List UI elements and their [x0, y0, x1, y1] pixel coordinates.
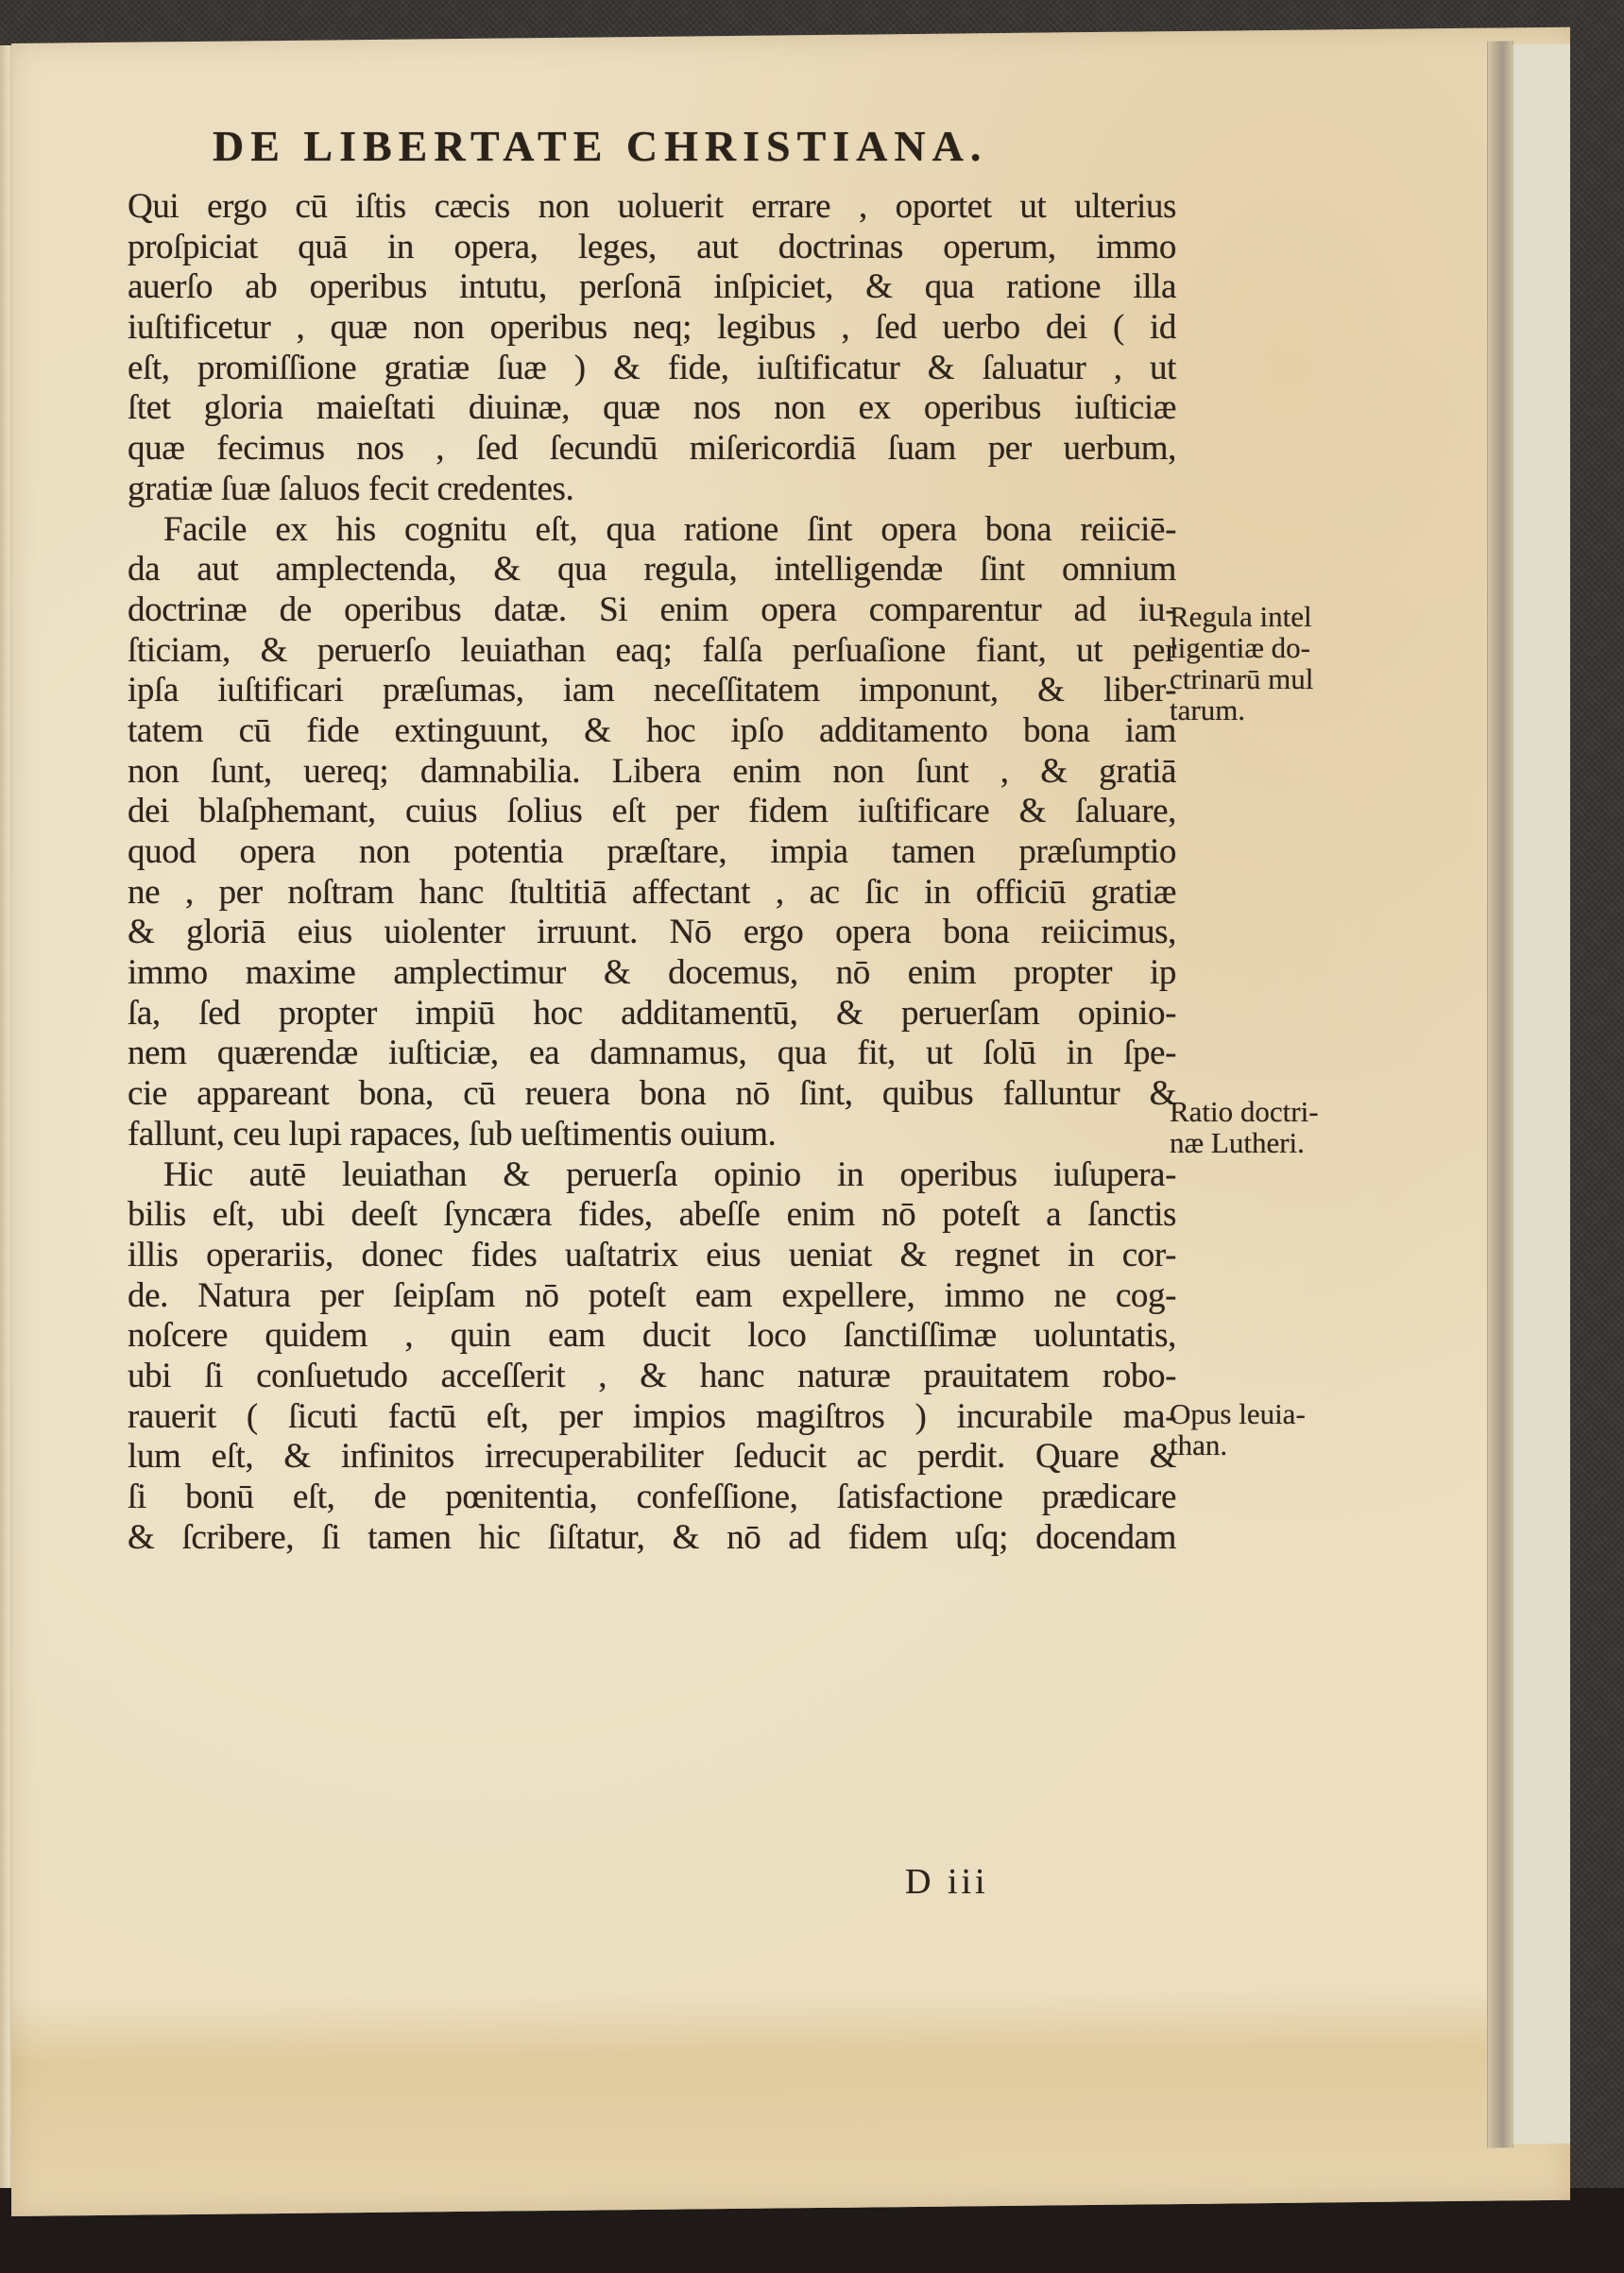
marginal-line: tarum.	[1170, 694, 1377, 726]
text-line: auerſo ab operibus intutu, perſonā inſpi…	[128, 267, 1176, 308]
text-line: quæ fecimus nos , ſed ſecundū miſericord…	[128, 429, 1176, 470]
text-line: proſpiciat quā in opera, leges, aut doct…	[128, 228, 1176, 268]
text-line: & ſcribere, ſi tamen hic ſiſtatur, & nō …	[128, 1518, 1176, 1559]
text-line: gratiæ ſuæ ſaluos fecit credentes.	[128, 470, 1176, 510]
text-line: & gloriā eius uiolenter irruunt. Nō ergo…	[128, 913, 1176, 953]
running-head: DE LIBERTATE CHRISTIANA.	[213, 121, 987, 171]
text-line: doctrinæ de operibus datæ. Si enim opera…	[128, 590, 1176, 631]
text-line: illis operariis, donec fides uaſtatrix e…	[128, 1236, 1176, 1276]
text-line: ipſa iuſtificari præſumas, iam neceſſita…	[128, 671, 1176, 711]
text-line: ſticiam, & peruerſo leuiathan eaq; falſa…	[128, 631, 1176, 672]
text-line: de. Natura per ſeipſam nō poteſt eam exp…	[128, 1276, 1176, 1317]
marginal-line: Ratio doctri-	[1170, 1096, 1377, 1127]
marginal-note-regula: Regula intel ligentiæ do- ctrinarū mul t…	[1170, 601, 1377, 726]
signature-mark: D iii	[905, 1861, 989, 1903]
paragraph-start-line: Facile ex his cognitu eſt, qua ratione ſ…	[128, 510, 1176, 551]
text-line: ubi ſi conſuetudo acceſſerit , & hanc na…	[128, 1357, 1176, 1397]
marginal-line: ctrinarū mul	[1170, 663, 1377, 694]
marginal-line: Opus leuia-	[1170, 1398, 1377, 1429]
text-line: ne , per noſtram hanc ſtultitiā affectan…	[128, 873, 1176, 914]
text-line: quod opera non potentia præſtare, impia …	[128, 832, 1176, 873]
text-line: dei blaſphemant, cuius ſolius eſt per fi…	[128, 792, 1176, 832]
marginal-line: næ Lutheri.	[1170, 1127, 1377, 1158]
paragraph-start-line: Hic autē leuiathan & peruerſa opinio in …	[128, 1155, 1176, 1196]
marginal-note-ratio: Ratio doctri- næ Lutheri.	[1170, 1096, 1377, 1158]
text-line: ſi bonū eſt, de pœnitentia, confeſſione,…	[128, 1478, 1176, 1518]
text-line: Qui ergo cū iſtis cæcis non uoluerit err…	[128, 187, 1176, 228]
marginal-line: Regula intel	[1170, 601, 1377, 632]
text-line: noſcere quidem , quin eam ducit loco ſan…	[128, 1316, 1176, 1357]
marginal-line: than.	[1170, 1429, 1377, 1461]
text-line: non ſunt, uereq; damnabilia. Libera enim…	[128, 752, 1176, 793]
text-line: rauerit ( ſicuti factū eſt, per impios m…	[128, 1397, 1176, 1438]
text-line: bilis eſt, ubi deeſt ſyncæra fides, abeſ…	[128, 1195, 1176, 1236]
text-line: eſt, promiſſione gratiæ ſuæ ) & fide, iu…	[128, 349, 1176, 389]
text-line: immo maxime amplectimur & docemus, nō en…	[128, 953, 1176, 994]
text-line: da aut amplectenda, & qua regula, intell…	[128, 550, 1176, 590]
text-line: cie appareant bona, cū reuera bona nō ſi…	[128, 1074, 1176, 1115]
text-line: fallunt, ceu lupi rapaces, ſub ueſtiment…	[128, 1115, 1176, 1155]
text-line: nem quærendæ iuſticiæ, ea damnamus, qua …	[128, 1034, 1176, 1074]
text-line: ſtet gloria maieſtati diuinæ, quæ nos no…	[128, 388, 1176, 429]
marginal-note-opus: Opus leuia- than.	[1170, 1398, 1377, 1461]
text-line: iuſtificetur , quæ non operibus neq; leg…	[128, 308, 1176, 349]
text-line: tatem cū fide extinguunt, & hoc ipſo add…	[128, 711, 1176, 752]
page-content: DE LIBERTATE CHRISTIANA. Qui ergo cū iſt…	[0, 0, 1624, 2273]
text-line: lum eſt, & infinitos irrecuperabiliter ſ…	[128, 1437, 1176, 1478]
text-line: ſa, ſed propter impiū hoc additamentū, &…	[128, 994, 1176, 1034]
marginal-line: ligentiæ do-	[1170, 632, 1377, 663]
body-text: Qui ergo cū iſtis cæcis non uoluerit err…	[128, 187, 1176, 1558]
